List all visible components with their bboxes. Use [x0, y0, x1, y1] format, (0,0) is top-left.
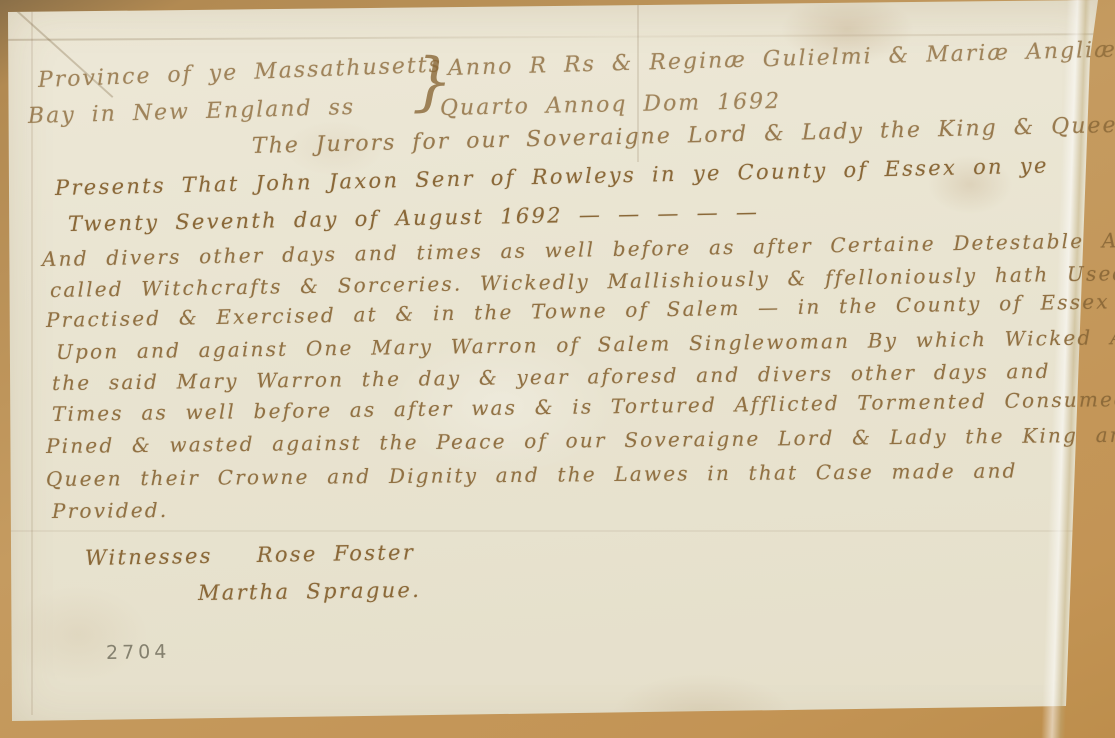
presents-line: Presents That John Jaxon Senr of Rowleys…: [55, 153, 1049, 200]
header-province-line-2: Bay in New England ss: [28, 95, 356, 129]
handwritten-text-layer: Province of ye Massathusetts Bay in New …: [0, 0, 1115, 738]
date-line: Twenty Seventh day of August 1692 — — — …: [68, 200, 760, 236]
witnesses-label: Witnesses: [85, 544, 213, 570]
body-line-4: Upon and against One Mary Warron of Sale…: [56, 325, 1115, 364]
witness-line-1: Witnesses Rose Foster: [85, 540, 416, 570]
header-latin-line-1: Anno R Rs & Reginæ Gulielmi & Mariæ Angl…: [448, 36, 1115, 81]
witness-name-rose-foster: Rose Foster: [257, 540, 416, 567]
header-province-line-1: Province of ye Massathusetts: [38, 52, 443, 92]
archive-catalog-number: 2704: [106, 641, 171, 664]
body-line-8: Queen their Crowne and Dignity and the L…: [46, 459, 1018, 491]
header-latin-line-2: Quarto Annoq Dom 1692: [440, 89, 782, 121]
jurors-line: The Jurors for our Soveraigne Lord & Lad…: [252, 112, 1115, 159]
body-line-7: Pined & wasted against the Peace of our …: [46, 423, 1115, 458]
manuscript-photo: Province of ye Massathusetts Bay in New …: [0, 0, 1115, 738]
witness-name-martha-sprague: Martha Sprague.: [198, 578, 422, 605]
body-line-9-provided: Provided.: [52, 498, 169, 523]
